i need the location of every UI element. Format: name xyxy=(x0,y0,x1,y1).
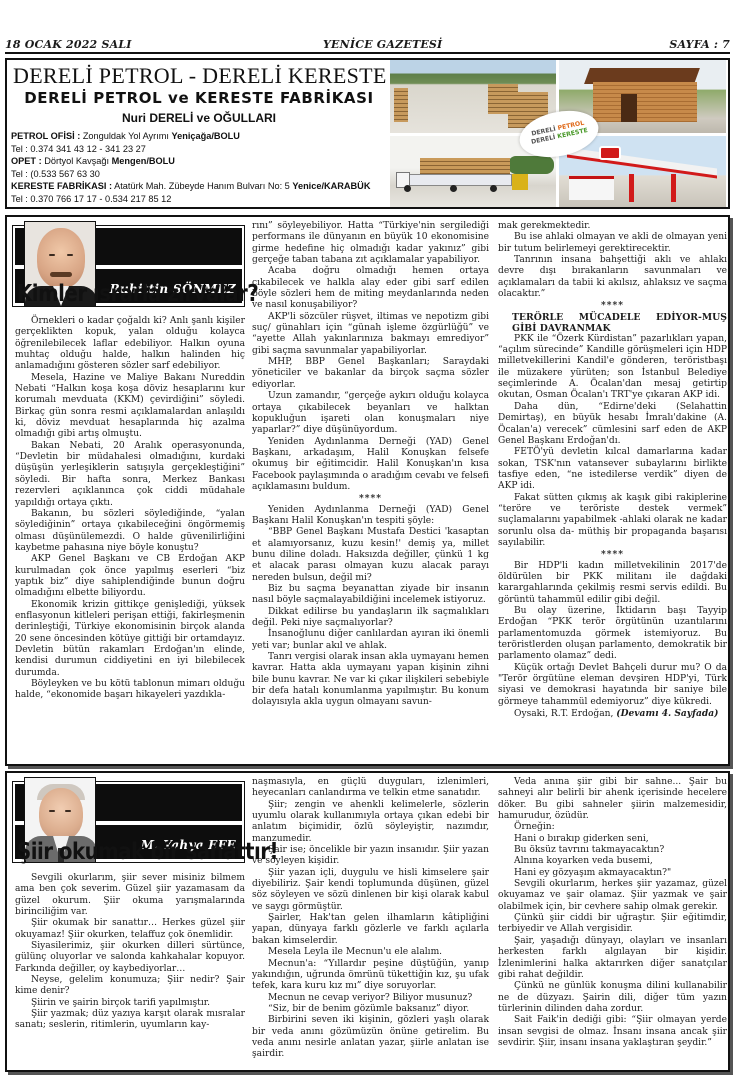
paragraph: Sevgili okurlarım, şiir sever misiniz bi… xyxy=(15,873,245,918)
article-column-3: Veda anına şiir gibi bir sahne... Şair b… xyxy=(498,777,727,1049)
paragraph: Yeniden Aydınlanma Derneği (YAD) Genel B… xyxy=(252,505,489,528)
ad-title-sub: DERELİ PETROL ve KERESTE FABRİKASI xyxy=(13,89,385,107)
ad-photo-grid: DERELİ PETROL DERELİ KERESTE xyxy=(390,60,728,207)
paragraph: Uzun zamandır, “gerçeğe aykırı olduğu ko… xyxy=(252,391,489,436)
paragraph: Acaba doğru olmadığı hemen ortaya çıkabi… xyxy=(252,266,489,311)
paragraph: Şiir; zengin ve ahenkli kelimelerle, söz… xyxy=(252,800,489,845)
paragraph: AKP'li sözcüler rüşvet, iltimas ve nepot… xyxy=(252,312,489,357)
paragraph: Şiir yazmak; düz yazıya karşıt olarak mı… xyxy=(15,1009,245,1032)
paragraph: mak gerekmektedir. xyxy=(498,221,727,232)
paragraph: İnsanoğlunu diğer canlılardan ayıran iki… xyxy=(252,629,489,652)
paragraph: Şairler, Hak'tan gelen ilhamların kâtipl… xyxy=(252,913,489,947)
ad-place: Yeniçağa/BOLU xyxy=(172,131,240,141)
paragraph-continued: Oysaki, R.T. Erdoğan, (Devamı 4. Sayfada… xyxy=(498,708,727,720)
paragraph: rını” söyleyebiliyor. Hatta “Türkiye'nin… xyxy=(252,221,489,266)
paragraph: Şiir yazan içli, duygulu ve hisli kimsel… xyxy=(252,868,489,913)
ad-address: Dörtyol Kavşağı xyxy=(42,156,112,166)
article-column-3: mak gerekmektedir. Bu ise ahlaki olmayan… xyxy=(498,221,727,720)
paragraph: Fakat sütten çıkmış ak kaşık gibi rakipl… xyxy=(498,493,727,550)
paragraph: Böyleyken ve bu kötü tablonun mimarı old… xyxy=(15,679,245,702)
continued-on-page-link[interactable]: (Devamı 4. Sayfada) xyxy=(616,708,718,719)
paragraph: “Siz, bir de benim gözümle baksanız” diy… xyxy=(252,1004,489,1015)
paragraph: Şiirin ve şairin birçok tarifi yapılmışt… xyxy=(15,998,245,1009)
paragraph: Mecnun'a: “Yıllardır peşine düştüğün, ya… xyxy=(252,959,489,993)
ad-line-kereste: KERESTE FABRİKASI : Atatürk Mah. Zübeyde… xyxy=(11,180,389,193)
paragraph: Tanrının insana bahşettiği aklı ve ahlak… xyxy=(498,255,727,300)
paragraph: Sevgili okurlarım, herkes şiir yazamaz, … xyxy=(498,879,727,913)
paragraph: Şiir okumak bir sanattır… Herkes güzel ş… xyxy=(15,918,245,941)
ad-phone: Tel : (0.533 567 63 30 xyxy=(11,169,100,179)
poem-line: Bu öksüz tavrını takmayacaktın? xyxy=(498,845,727,856)
paragraph: Mesela Leyla ile Mecnun'u ele alalım. xyxy=(252,947,489,958)
section-separator: **** xyxy=(498,549,727,560)
ad-line-petrol-ofisi: PETROL OFİSİ : Zonguldak Yol Ayrımı Yeni… xyxy=(11,130,389,143)
paragraph: PKK ile “Özerk Kürdistan” pazarlıkları y… xyxy=(498,334,727,402)
page-masthead: 18 OCAK 2022 SALI YENİCE GAZETESİ SAYFA … xyxy=(5,38,730,54)
ad-label: PETROL OFİSİ : xyxy=(11,131,80,141)
article-headline: Kimler ısrarla zırvalar? xyxy=(17,281,213,307)
article-column-1: Sevgili okurlarım, şiir sever misiniz bi… xyxy=(15,873,245,1032)
paragraph: Neyse, gelelim konumuza; Şiir nedir? Şai… xyxy=(15,975,245,998)
ad-title-main: DERELİ PETROL - DERELİ KERESTE xyxy=(13,63,385,89)
paragraph: Bu olay üzerine, İktidarın başı Tayyip E… xyxy=(498,606,727,663)
ad-label: KERESTE FABRİKASI : xyxy=(11,181,112,191)
paragraph: Şair, yaşadığı dünyayı, olayları ve insa… xyxy=(498,936,727,981)
paragraph: Mesela, Hazine ve Maliye Bakanı Nureddin… xyxy=(15,373,245,441)
issue-date: 18 OCAK 2022 SALI xyxy=(5,38,132,51)
ad-phone: Tel : 0.370 766 17 17 - 0.534 217 85 12 xyxy=(11,194,171,204)
paragraph: Bakanın, bu sözleri söylediğinde, “yalan… xyxy=(15,509,245,554)
ad-address: Zonguldak Yol Ayrımı xyxy=(80,131,171,141)
ad-contact-lines: PETROL OFİSİ : Zonguldak Yol Ayrımı Yeni… xyxy=(11,130,389,206)
paragraph: Birbirini seven iki kişinin, gözleri yaş… xyxy=(252,1015,489,1060)
paragraph: Çünkü ne günlük konuşma dilini kullanabi… xyxy=(498,981,727,1015)
paragraph: Çünkü şiir ciddi bir uğraştır. Şiir eğit… xyxy=(498,913,727,936)
section-separator: **** xyxy=(498,300,727,311)
paragraph: naşmasıyla, en güçlü duyguları, izleniml… xyxy=(252,777,489,800)
poem-line: Hani ey gözyaşım akmayacaktın?" xyxy=(498,868,727,879)
advertisement-dereli: DERELİ PETROL - DERELİ KERESTE DERELİ PE… xyxy=(5,58,730,209)
article-column-1: Örnekleri o kadar çoğaldı ki? Anlı şanlı… xyxy=(15,316,245,702)
ad-phone: Tel : 0.374 341 43 12 - 341 23 27 xyxy=(11,144,146,154)
ad-address: Atatürk Mah. Zübeyde Hanım Bulvarı No: 5 xyxy=(112,181,292,191)
article-column-2: naşmasıyla, en güçlü duyguları, izleniml… xyxy=(252,777,489,1061)
newspaper-name: YENİCE GAZETESİ xyxy=(323,38,442,51)
paragraph: Tanrı vergisi olarak insan akla uymayanı… xyxy=(252,652,489,709)
paragraph: Şair ise; öncelikle bir yazın insanıdır.… xyxy=(252,845,489,868)
ad-line-opet: OPET : Dörtyol Kavşağı Mengen/BOLU xyxy=(11,155,389,168)
ad-place: Yenice/KARABÜK xyxy=(292,181,370,191)
article-siir-okumak: M. Yahya EFE Şiir okumak bir sanattır! S… xyxy=(5,771,730,1072)
paragraph: AKP Genel Başkanı ve CB Erdoğan AKP kuru… xyxy=(15,554,245,599)
paragraph: Veda anına şiir gibi bir sahne... Şair b… xyxy=(498,777,727,822)
article-column-2: rını” söyleyebiliyor. Hatta “Türkiye'nin… xyxy=(252,221,489,709)
ad-line-phone: Tel : 0.370 766 17 17 - 0.534 217 85 12 xyxy=(11,193,389,206)
paragraph: Örnekleri o kadar çoğaldı ki? Anlı şanlı… xyxy=(15,316,245,373)
poem-line: Hani o bırakıp giderken seni, xyxy=(498,834,727,845)
paragraph: Yeniden Aydınlanma Derneği (YAD) Genel B… xyxy=(252,437,489,494)
paragraph: Sait Faik'in dediği gibi: “Şiir olmayan … xyxy=(498,1015,727,1049)
paragraph-text: Oysaki, R.T. Erdoğan, xyxy=(514,709,616,719)
ad-owners: Nuri DERELİ ve OĞULLARI xyxy=(13,111,385,125)
paragraph: Biz bu saçma beyanattan ziyade bir insan… xyxy=(252,584,489,607)
ad-place: Mengen/BOLU xyxy=(112,156,175,166)
poem-line: Alnına koyarken veda busemi, xyxy=(498,856,727,867)
paragraph: Daha dün, “Edirne'deki (Selahattin Demir… xyxy=(498,402,727,447)
paragraph: Bu ise ahlaki olmayan ve akli de olmayan… xyxy=(498,232,727,255)
ad-line-phone: Tel : (0.533 567 63 30 xyxy=(11,168,389,181)
paragraph: FETÖ'yü devletin kılcal damarlarına kada… xyxy=(498,447,727,492)
paragraph: Ekonomik krizin gittikçe genişlediği, yü… xyxy=(15,600,245,679)
article-kimler-israrla: Ruhittin SÖNMEZ Kimler ısrarla zırvalar?… xyxy=(5,215,730,766)
paragraph: Bir HDP'li kadın milletvekilinin 2017'de… xyxy=(498,561,727,606)
section-separator: **** xyxy=(252,493,489,504)
ad-label: OPET : xyxy=(11,156,42,166)
paragraph: Örneğin: xyxy=(498,822,727,833)
article-headline: Şiir okumak bir sanattır! xyxy=(17,839,213,865)
paragraph: MHP, BBP Genel Başkanları; Saraydaki yön… xyxy=(252,357,489,391)
paragraph: Mecnun ne cevap veriyor? Biliyor musunuz… xyxy=(252,993,489,1004)
page-number: SAYFA : 7 xyxy=(669,38,730,51)
paragraph: Siyasilerimiz, şiir okurken dilleri sürt… xyxy=(15,941,245,975)
paragraph: Küçük ortağı Devlet Bahçeli durur mu? O … xyxy=(498,663,727,708)
paragraph: “BBP Genel Başkanı Mustafa Destici 'kasa… xyxy=(252,527,489,584)
paragraph: Bakan Nebati, 20 Aralık operasyonunda, “… xyxy=(15,441,245,509)
section-subheading: TERÖRLE MÜCADELE EDİYOR-MUŞ GİBİ DAVRANM… xyxy=(498,312,727,334)
paragraph: Dikkat edilirse bu yandaşların ilk saçma… xyxy=(252,607,489,630)
ad-text-block: DERELİ PETROL - DERELİ KERESTE DERELİ PE… xyxy=(7,60,389,207)
ad-line-phone: Tel : 0.374 341 43 12 - 341 23 27 xyxy=(11,143,389,156)
